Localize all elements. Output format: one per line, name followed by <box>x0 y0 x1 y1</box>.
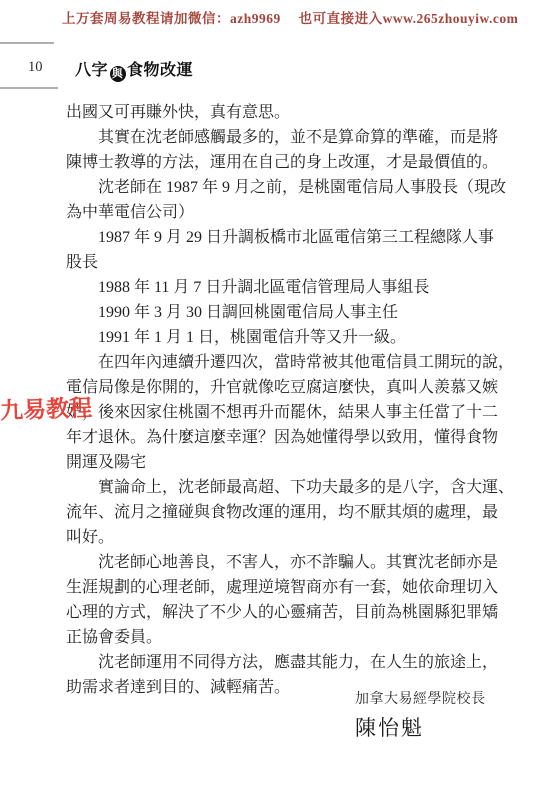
body-line: 1987 年 9 月 29 日升調板橋市北區電信第三工程總隊人事 <box>66 225 506 250</box>
body-paragraph: 沈老師在 1987 年 9 月之前，是桃園電信局人事股長（現改 為中華電信公司） <box>66 175 506 225</box>
body-line: 叫好。 <box>66 525 506 550</box>
body-line: 正協會委員。 <box>66 625 506 650</box>
header-watermark-text: 上万套周易教程请加微信：azh9969 也可直接进入www.265zhouyiw… <box>62 7 518 27</box>
body-paragraph: 出國又可再賺外快，真有意思。 <box>66 100 506 125</box>
body-line: 沈老師運用不同得方法，應盡其能力，在人生的旅途上， <box>66 650 506 675</box>
body-paragraph: 1990 年 3 月 30 日調回桃園電信局人事主任 <box>66 300 506 325</box>
body-paragraph: 沈老師心地善良，不害人，亦不詐騙人。其實沈老師亦是 生涯規劃的心理老師，處理逆境… <box>66 550 506 650</box>
chapter-title: 八字與食物改運 <box>75 57 193 82</box>
header-divider-bottom <box>0 87 58 89</box>
body-line: 實論命上，沈老師最高超、下功夫最多的是八字，含大運、 <box>66 475 506 500</box>
body-line: 心理的方式，解決了不少人的心靈痛苦，目前為桃園縣犯罪矯 <box>66 600 506 625</box>
body-line: 1990 年 3 月 30 日調回桃園電信局人事主任 <box>66 300 506 325</box>
side-watermark-text: 九易教程 <box>0 389 93 425</box>
body-line: 年才退休。為什麼這麼幸運？因為她懂得學以致用，懂得食物 <box>66 425 506 450</box>
body-line: 1991 年 1 月 1 日，桃園電信升等又升一級。 <box>66 325 506 350</box>
body-paragraph: 1987 年 9 月 29 日升調板橋市北區電信第三工程總隊人事 股長 <box>66 225 506 275</box>
signoff-name: 陳怡魁 <box>355 712 486 742</box>
body-text: 出國又可再賺外快，真有意思。 其實在沈老師感觸最多的，並不是算命算的準確，而是將… <box>66 100 506 700</box>
body-line: 沈老師心地善良，不害人，亦不詐騙人。其實沈老師亦是 <box>66 550 506 575</box>
body-paragraph: 在四年內連續升遷四次，當時常被其他電信員工開玩的說， 電信局像是你開的，升官就像… <box>66 350 506 475</box>
body-line: 開運及陽宅 <box>66 450 506 475</box>
body-line: 股長 <box>66 250 506 275</box>
circled-character: 與 <box>110 66 126 82</box>
chapter-title-suffix: 食物改運 <box>127 62 193 79</box>
body-line: 其實在沈老師感觸最多的，並不是算命算的準確，而是將 <box>66 125 506 150</box>
body-paragraph: 實論命上，沈老師最高超、下功夫最多的是八字，含大運、 流年、流月之撞碰與食物改運… <box>66 475 506 550</box>
signoff-title: 加拿大易經學院校長 <box>355 688 486 708</box>
body-line: 電信局像是你開的，升官就像吃豆腐這麼快，真叫人羨慕又嫉 <box>66 375 506 400</box>
body-line: 沈老師在 1987 年 9 月之前，是桃園電信局人事股長（現改 <box>66 175 506 200</box>
body-line: 生涯規劃的心理老師，處理逆境智商亦有一套，她依命理切入 <box>66 575 506 600</box>
body-line: 在四年內連續升遷四次，當時常被其他電信員工開玩的說， <box>66 350 506 375</box>
body-line: 妒，後來因家住桃園不想再升而罷休，結果人事主任當了十二 <box>66 400 506 425</box>
body-line: 為中華電信公司） <box>66 200 506 225</box>
body-line: 流年、流月之撞碰與食物改運的運用，均不厭其煩的處理，最 <box>66 500 506 525</box>
chapter-title-prefix: 八字 <box>75 62 108 79</box>
signoff-block: 加拿大易經學院校長 陳怡魁 <box>355 688 486 742</box>
body-line: 1988 年 11 月 7 日升調北區電信管理局人事組長 <box>66 275 506 300</box>
body-line: 出國又可再賺外快，真有意思。 <box>66 100 506 125</box>
body-paragraph: 其實在沈老師感觸最多的，並不是算命算的準確，而是將 陳博士教導的方法，運用在自己… <box>66 125 506 175</box>
book-page: 上万套周易教程请加微信：azh9969 也可直接进入www.265zhouyiw… <box>0 0 544 806</box>
header-divider-top <box>0 42 54 44</box>
body-paragraph: 1988 年 11 月 7 日升調北區電信管理局人事組長 <box>66 275 506 300</box>
page-number: 10 <box>28 59 43 76</box>
body-paragraph: 1991 年 1 月 1 日，桃園電信升等又升一級。 <box>66 325 506 350</box>
body-line: 陳博士教導的方法，運用在自己的身上改運，才是最價值的。 <box>66 150 506 175</box>
